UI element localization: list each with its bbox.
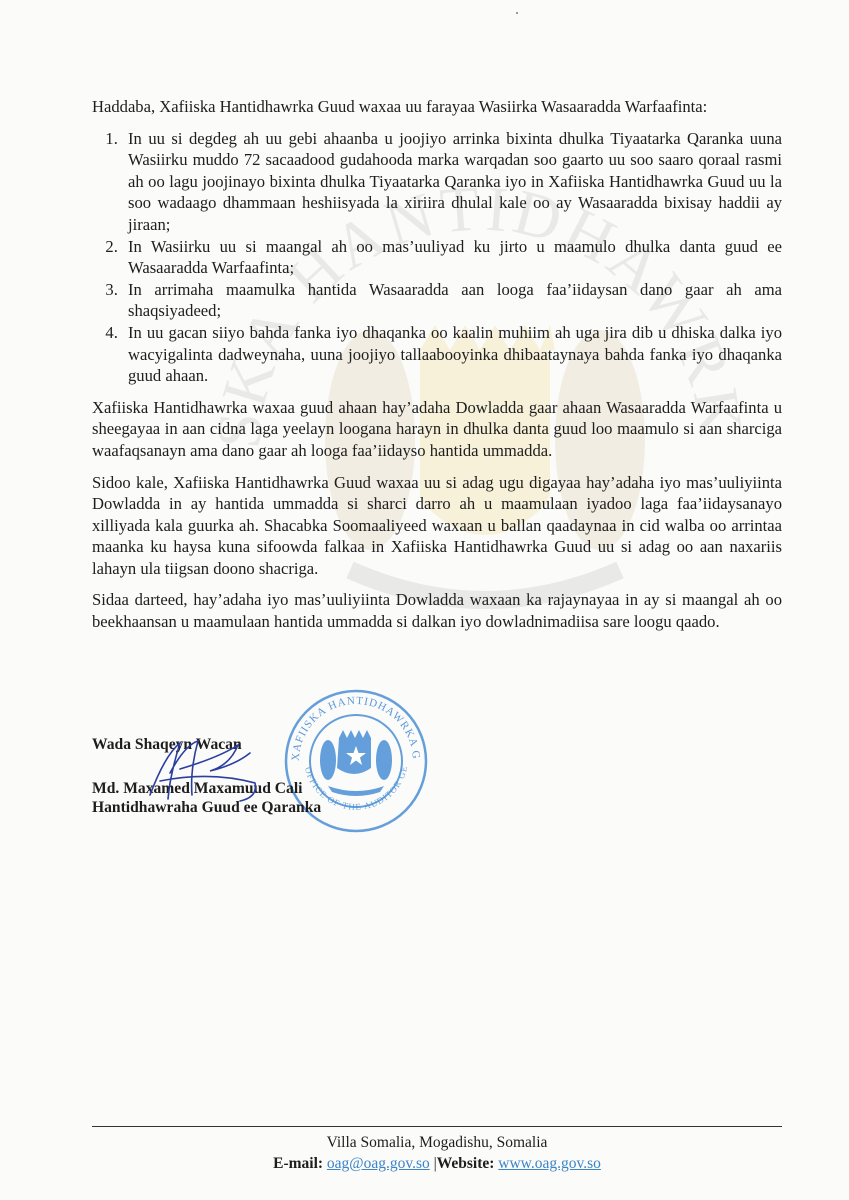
footer-divider [92,1126,782,1127]
body-paragraph: Sidoo kale, Xafiiska Hantidhawrka Guud w… [92,472,782,580]
directive-item: In uu gacan siiyo bahda fanka iyo dhaqan… [122,322,782,387]
handwritten-signature [140,735,260,805]
directive-item: In Wasiirku uu si maangal ah oo mas’uuli… [122,236,782,279]
letter-page: SKA HANTIDHAWRKA Haddaba, Xafiiska Hanti… [0,0,849,1200]
directive-list: In uu si degdeg ah uu gebi ahaanba u joo… [92,128,782,387]
letter-footer: Villa Somalia, Mogadishu, Somalia E-mail… [92,1132,782,1174]
directive-item: In arrimaha maamulka hantida Wasaaradda … [122,279,782,322]
directive-item: In uu si degdeg ah uu gebi ahaanba u joo… [122,128,782,236]
website-link[interactable]: www.oag.gov.so [498,1155,601,1172]
footer-contact: E-mail: oag@oag.gov.so |Website: www.oag… [92,1153,782,1174]
letter-body: Haddaba, Xafiiska Hantidhawrka Guud waxa… [92,96,782,643]
website-label: Website: [437,1155,495,1172]
intro-paragraph: Haddaba, Xafiiska Hantidhawrka Guud waxa… [92,96,782,118]
email-link[interactable]: oag@oag.gov.so [327,1155,430,1172]
email-label: E-mail: [273,1155,323,1172]
body-paragraph: Sidaa darteed, hay’adaha iyo mas’uuliyii… [92,589,782,632]
body-paragraph: Xafiiska Hantidhawrka waxaa guud ahaan h… [92,397,782,462]
footer-address: Villa Somalia, Mogadishu, Somalia [92,1132,782,1153]
scan-speck [516,12,518,14]
